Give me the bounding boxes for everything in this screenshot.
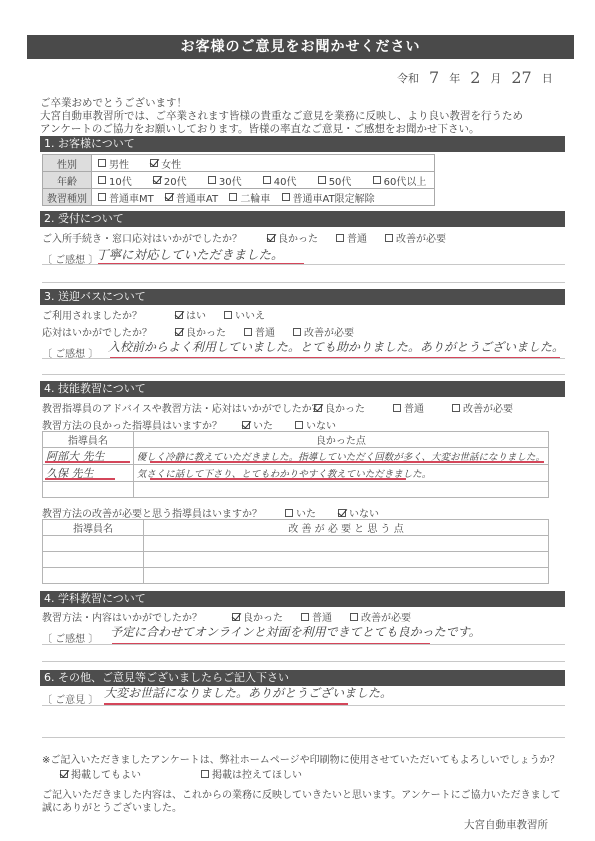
checkbox-age-50s[interactable]: 50代 — [318, 173, 352, 188]
date-day-unit: 日 — [542, 70, 553, 86]
checkbox-normal[interactable]: 普通 — [336, 230, 367, 245]
divider — [42, 737, 565, 738]
checkbox-mt[interactable]: 普通車MT — [98, 190, 154, 205]
checkbox-yes[interactable]: はい — [175, 307, 206, 322]
checkbox-icon — [452, 404, 460, 412]
checked-checkbox-icon — [175, 328, 183, 336]
checkbox-icon — [244, 328, 252, 336]
option-label: 普通車MT — [109, 190, 154, 205]
checkbox-normal[interactable]: 普通 — [244, 324, 275, 339]
table-header-row: 指導員名 改 善 が 必 要 と 思 う 点 — [43, 520, 549, 536]
checkbox-icon — [393, 404, 401, 412]
checked-checkbox-icon — [314, 404, 322, 412]
option-label: いた — [253, 417, 273, 432]
checkbox-needs-improvement[interactable]: 改善が必要 — [385, 230, 446, 245]
improvement-point-text[interactable] — [144, 536, 549, 552]
divider — [42, 282, 565, 283]
option-label: 良かった — [278, 230, 318, 245]
divider — [42, 644, 565, 645]
intro-text: ご卒業おめでとうございます！ 大宮自動車教習所では、ご卒業されます皆様の貴重なご… — [40, 97, 523, 136]
option-label: 二輪車 — [240, 190, 270, 205]
instructor-name[interactable] — [43, 552, 144, 568]
bus-usage-row: ご利用されましたか？ はい いいえ — [42, 307, 283, 322]
option-label: 10代 — [109, 173, 132, 188]
comment-label: 〔 ご感想 〕 — [42, 630, 98, 645]
checkbox-icon — [285, 509, 293, 517]
publish-options: 掲載してもよい 掲載は控えてほしい — [60, 766, 320, 781]
checkbox-normal[interactable]: 普通 — [393, 400, 424, 415]
table-row: 性別 男性 女性 — [43, 155, 435, 172]
good-point-text[interactable] — [133, 482, 548, 498]
section-header-academic-lessons: 4. 学科教習について — [40, 591, 565, 607]
table-row — [43, 568, 549, 584]
checkbox-male[interactable]: 男性 — [98, 156, 129, 171]
checkbox-no[interactable]: いいえ — [224, 307, 265, 322]
checkbox-age-40s[interactable]: 40代 — [263, 173, 297, 188]
instructor-name[interactable] — [43, 568, 144, 584]
checkbox-normal[interactable]: 普通 — [301, 609, 332, 624]
option-label: いた — [296, 505, 316, 520]
academic-question-row: 教習方法・内容はいかがでしたか？ 良かった 普通 改善が必要 — [42, 609, 429, 624]
option-label: いない — [306, 417, 336, 432]
checkbox-icon — [373, 176, 381, 184]
section-header-reception: 2. 受付について — [40, 211, 565, 227]
option-label: 男性 — [109, 156, 129, 171]
checkbox-female[interactable]: 女性 — [150, 156, 181, 171]
date-month-unit: 月 — [490, 70, 501, 86]
section-header-driving-lessons: 4. 技能教習について — [40, 381, 565, 397]
column-header-improvement-points: 改 善 が 必 要 と 思 う 点 — [144, 520, 549, 536]
improve-instructor-table: 指導員名 改 善 が 必 要 と 思 う 点 — [42, 519, 549, 584]
checkbox-deny-publish[interactable]: 掲載は控えてほしい — [201, 766, 302, 781]
checkbox-needs-improvement[interactable]: 改善が必要 — [293, 324, 354, 339]
checkbox-yes-was[interactable]: いた — [285, 505, 316, 520]
question-text: 教習指導員のアドバイスや教習方法・応対はいかがでしたか？ — [42, 400, 314, 415]
school-signature: 大宮自動車教習所 — [464, 817, 548, 832]
section-header-customer: 1. お客様について — [40, 136, 565, 152]
option-label: 50代 — [329, 173, 352, 188]
improve-instructor-row: 教習方法の改善が必要と思う指導員はいますか？ いた いない — [42, 505, 397, 520]
table-row: 年齢 10代 20代 30代 40代 50代 60代以上 — [43, 172, 435, 189]
checked-checkbox-icon — [150, 159, 158, 167]
divider — [42, 705, 565, 706]
option-label: 改善が必要 — [304, 324, 354, 339]
red-underline — [150, 478, 406, 480]
table-row — [43, 552, 549, 568]
date-month[interactable]: 2 — [470, 68, 480, 87]
improvement-point-text[interactable] — [144, 568, 549, 584]
divider — [42, 358, 565, 359]
good-instructor-row: 教習方法の良かった指導員はいますか？ いた いない — [42, 417, 354, 432]
question-text: 応対はいかがでしたか？ — [42, 324, 175, 339]
instructor-name[interactable] — [43, 536, 144, 552]
closing-line: ご記入いただきました内容は、これからの業務に反映していきたいと思います。アンケー… — [42, 789, 561, 802]
option-label: 30代 — [219, 173, 242, 188]
option-label: 改善が必要 — [361, 609, 411, 624]
option-label: 普通 — [347, 230, 367, 245]
checkbox-icon — [98, 193, 106, 201]
table-row — [43, 536, 549, 552]
other-comment[interactable]: 大変お世話になりました。ありがとうございました。 — [104, 684, 392, 701]
checkbox-icon — [208, 176, 216, 184]
section-header-shuttle-bus: 3. 送迎バスについて — [40, 289, 565, 305]
option-label: 普通車AT限定解除 — [293, 190, 375, 205]
red-underline — [150, 461, 544, 463]
good-instructor-table: 指導員名 良かった点 阿部大 先生 優しく冷静に教えていただきました。指導してい… — [42, 431, 549, 498]
bus-comment[interactable]: 入校前からよく利用していました。とても助かりました。ありがとうございました。 — [108, 338, 564, 355]
option-label: 良かった — [243, 609, 283, 624]
instructor-name[interactable] — [43, 482, 134, 498]
checkbox-none[interactable]: いない — [338, 505, 379, 520]
intro-line: ご卒業おめでとうございます！ — [40, 97, 523, 110]
age-label: 年齢 — [43, 172, 92, 189]
checkbox-needs-improvement[interactable]: 改善が必要 — [350, 609, 411, 624]
customer-info-table: 性別 男性 女性 年齢 10代 20代 30代 40代 50代 60代以上 教習… — [42, 154, 435, 206]
form-title: お客様のご意見をお聞かせください — [27, 35, 574, 59]
question-text: 教習方法の良かった指導員はいますか？ — [42, 417, 242, 432]
option-label: 20代 — [164, 173, 187, 188]
checkbox-good[interactable]: 良かった — [267, 230, 318, 245]
checkbox-icon — [293, 328, 301, 336]
question-text: 教習方法の改善が必要と思う指導員はいますか？ — [42, 505, 285, 520]
option-label: 女性 — [161, 156, 181, 171]
option-label: はい — [186, 307, 206, 322]
checkbox-good[interactable]: 良かった — [314, 400, 365, 415]
instructor-rating-row: 教習指導員のアドバイスや教習方法・応対はいかがでしたか？ 良かった 普通 改善が… — [42, 400, 531, 415]
checked-checkbox-icon — [242, 421, 250, 429]
checked-checkbox-icon — [175, 311, 183, 319]
column-header-good-points: 良かった点 — [133, 432, 548, 448]
checkbox-at[interactable]: 普通車AT — [165, 190, 218, 205]
checkbox-icon — [385, 234, 393, 242]
divider — [42, 374, 565, 375]
closing-line: 誠にありがとうございました。 — [42, 802, 561, 815]
checkbox-good[interactable]: 良かった — [175, 324, 226, 339]
checkbox-none[interactable]: いない — [295, 417, 336, 432]
divider — [42, 264, 565, 265]
intro-line: アンケートのご協力をお願いしております。皆様の率直なご意見・ご感想をお聞かせ下さ… — [40, 123, 523, 136]
checkbox-good[interactable]: 良かった — [232, 609, 283, 624]
checked-checkbox-icon — [60, 770, 68, 778]
option-label: いない — [349, 505, 379, 520]
checkbox-icon — [350, 613, 358, 621]
checkbox-age-10s[interactable]: 10代 — [98, 173, 132, 188]
checkbox-icon — [224, 311, 232, 319]
checkbox-icon — [318, 176, 326, 184]
checkbox-allow-publish[interactable]: 掲載してもよい — [60, 766, 141, 781]
closing-text: ご記入いただきました内容は、これからの業務に反映していきたいと思います。アンケー… — [42, 789, 561, 815]
question-text: 教習方法・内容はいかがでしたか？ — [42, 609, 232, 624]
column-header-instructor: 指導員名 — [43, 432, 134, 448]
checkbox-icon — [229, 193, 237, 201]
checkbox-age-30s[interactable]: 30代 — [208, 173, 242, 188]
publish-question: ※ご記入いただきましたアンケートは、弊社ホームページや印刷物に使用させていただい… — [42, 751, 560, 766]
checkbox-icon — [282, 193, 290, 201]
checkbox-icon — [295, 421, 303, 429]
option-label: 普通 — [312, 609, 332, 624]
option-label: 掲載は控えてほしい — [212, 766, 302, 781]
date-era: 令和 — [397, 70, 419, 86]
checked-checkbox-icon — [232, 613, 240, 621]
option-label: 良かった — [186, 324, 226, 339]
option-label: いいえ — [235, 307, 265, 322]
checked-checkbox-icon — [338, 509, 346, 517]
checkbox-icon — [98, 176, 106, 184]
intro-line: 大宮自動車教習所では、ご卒業されます皆様の貴重なご意見を業務に反映し、より良い教… — [40, 110, 523, 123]
option-label: 普通 — [255, 324, 275, 339]
table-row — [43, 482, 549, 498]
checked-checkbox-icon — [267, 234, 275, 242]
checkbox-icon — [263, 176, 271, 184]
option-label: 良かった — [325, 400, 365, 415]
checkbox-needs-improvement[interactable]: 改善が必要 — [452, 400, 513, 415]
option-label: 改善が必要 — [463, 400, 513, 415]
red-underline — [45, 461, 130, 463]
reception-comment[interactable]: 丁寧に対応していただきました。 — [96, 245, 284, 263]
option-label: 普通車AT — [176, 190, 218, 205]
question-text: ご入所手続き・窓口応対はいかがでしたか？ — [42, 230, 267, 245]
date-year-unit: 年 — [449, 70, 460, 86]
divider — [42, 661, 565, 662]
table-row: 教習種別 普通車MT 普通車AT 二輪車 普通車AT限定解除 — [43, 189, 435, 206]
bus-service-row: 応対はいかがでしたか？ 良かった 普通 改善が必要 — [42, 324, 372, 339]
course-type-label: 教習種別 — [43, 189, 92, 206]
red-underline — [45, 478, 115, 480]
table-header-row: 指導員名 良かった点 — [43, 432, 549, 448]
column-header-instructor: 指導員名 — [43, 520, 144, 536]
checked-checkbox-icon — [153, 176, 161, 184]
checkbox-icon — [301, 613, 309, 621]
option-label: 60代以上 — [384, 173, 427, 188]
checkbox-at-release[interactable]: 普通車AT限定解除 — [282, 190, 375, 205]
option-label: 40代 — [274, 173, 297, 188]
checkbox-icon — [201, 770, 209, 778]
reception-question-row: ご入所手続き・窓口応対はいかがでしたか？ 良かった 普通 改善が必要 — [42, 230, 464, 245]
checked-checkbox-icon — [165, 193, 173, 201]
question-text: ご利用されましたか？ — [42, 307, 175, 322]
academic-comment[interactable]: 予定に合わせてオンラインと対面を利用できてとても良かったです。 — [110, 623, 481, 640]
option-label: 改善が必要 — [396, 230, 446, 245]
checkbox-motorcycle[interactable]: 二輪車 — [229, 190, 270, 205]
checkbox-age-20s[interactable]: 20代 — [153, 173, 187, 188]
option-label: 掲載してもよい — [71, 766, 141, 781]
comment-label: 〔 ご意見 〕 — [42, 691, 98, 706]
checkbox-icon — [336, 234, 344, 242]
checkbox-icon — [98, 159, 106, 167]
date-day[interactable]: 27 — [511, 68, 531, 87]
option-label: 普通 — [404, 400, 424, 415]
date-line: 令和 7 年 2 月 27 日 — [397, 68, 553, 87]
date-year[interactable]: 7 — [429, 68, 439, 87]
improvement-point-text[interactable] — [144, 552, 549, 568]
gender-label: 性別 — [43, 155, 92, 172]
checkbox-age-60plus[interactable]: 60代以上 — [373, 173, 427, 188]
checkbox-yes-was[interactable]: いた — [242, 417, 273, 432]
